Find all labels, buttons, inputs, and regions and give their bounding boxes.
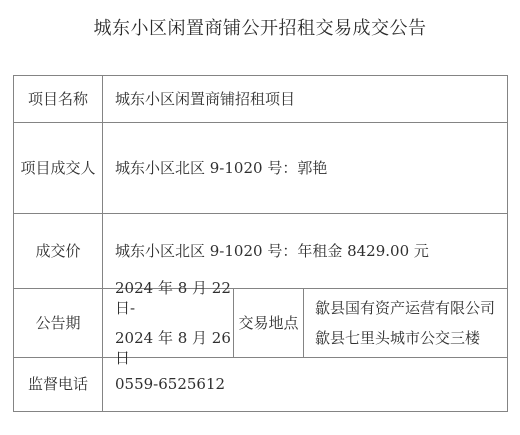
winner-label: 项目成交人 [14,123,103,213]
announcement-period-label: 公告期 [14,289,103,357]
page-title: 城东小区闲置商铺公开招租交易成交公告 [0,14,520,40]
table-row-winner: 项目成交人 城东小区北区 9-1020 号：郭艳 [14,123,507,214]
period-start-date: 2024 年 8 月 22 日- [115,278,233,319]
table-row-announcement-period: 公告期 2024 年 8 月 22 日- 2024 年 8 月 26 日 交易地… [14,289,507,358]
announcement-table: 项目名称 城东小区闲置商铺招租项目 项目成交人 城东小区北区 9-1020 号：… [13,75,508,412]
trade-location-label: 交易地点 [234,289,304,357]
table-row-project-name: 项目名称 城东小区闲置商铺招租项目 [14,76,507,123]
supervision-phone-value: 0559-6525612 [103,358,507,411]
project-name-value: 城东小区闲置商铺招租项目 [103,76,507,122]
trade-location-line2: 歙县七里头城市公交三楼 [315,328,480,348]
table-row-deal-price: 成交价 城东小区北区 9-1020 号：年租金 8429.00 元 [14,214,507,289]
announcement-document: 城东小区闲置商铺公开招租交易成交公告 项目名称 城东小区闲置商铺招租项目 项目成… [0,0,520,435]
deal-price-label: 成交价 [14,214,103,288]
supervision-phone-label: 监督电话 [14,358,103,411]
trade-location-value: 歙县国有资产运营有限公司 歙县七里头城市公交三楼 [304,289,507,357]
table-row-supervision-phone: 监督电话 0559-6525612 [14,358,507,411]
trade-location-line1: 歙县国有资产运营有限公司 [315,298,495,318]
winner-value: 城东小区北区 9-1020 号：郭艳 [103,123,507,213]
project-name-label: 项目名称 [14,76,103,122]
announcement-period-dates: 2024 年 8 月 22 日- 2024 年 8 月 26 日 [103,289,234,357]
